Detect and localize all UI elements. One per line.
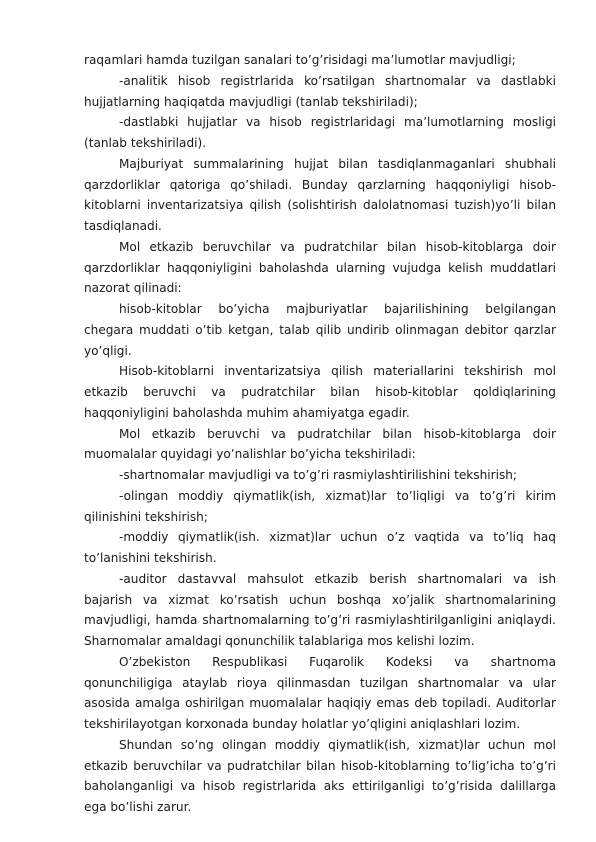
paragraph-12: -auditor dastavval mahsulot etkazib beri… [84, 569, 556, 652]
paragraph-8: Mol etkazib beruvchi va pudratchilar bil… [84, 424, 556, 466]
paragraph-11: -moddiy qiymatlik(ish. xizmat)lar uchun … [84, 527, 556, 569]
paragraph-2: -analitik hisob registrlarida ko’rsatilg… [84, 71, 556, 113]
document-page: raqamlari hamda tuzilgan sanalari to’g’r… [84, 50, 556, 818]
paragraph-5: Mol etkazib beruvchilar va pudratchilar … [84, 237, 556, 299]
paragraph-4: Majburiyat summalarining hujjat bilan ta… [84, 154, 556, 237]
paragraph-7: Hisob-kitoblarni inventarizatsiya qilish… [84, 361, 556, 423]
paragraph-3: -dastlabki hujjatlar va hisob registrlar… [84, 112, 556, 154]
paragraph-6: hisob-kitoblar bo’yicha majburiyatlar ba… [84, 299, 556, 361]
paragraph-9: -shartnomalar mavjudligi va to’g’ri rasm… [84, 465, 556, 486]
paragraph-1: raqamlari hamda tuzilgan sanalari to’g’r… [84, 50, 556, 71]
paragraph-14: Shundan so’ng olingan moddiy qiymatlik(i… [84, 735, 556, 818]
paragraph-13: O’zbekiston Respublikasi Fuqarolik Kodek… [84, 652, 556, 735]
paragraph-10: -olingan moddiy qiymatlik(ish, xizmat)la… [84, 486, 556, 528]
